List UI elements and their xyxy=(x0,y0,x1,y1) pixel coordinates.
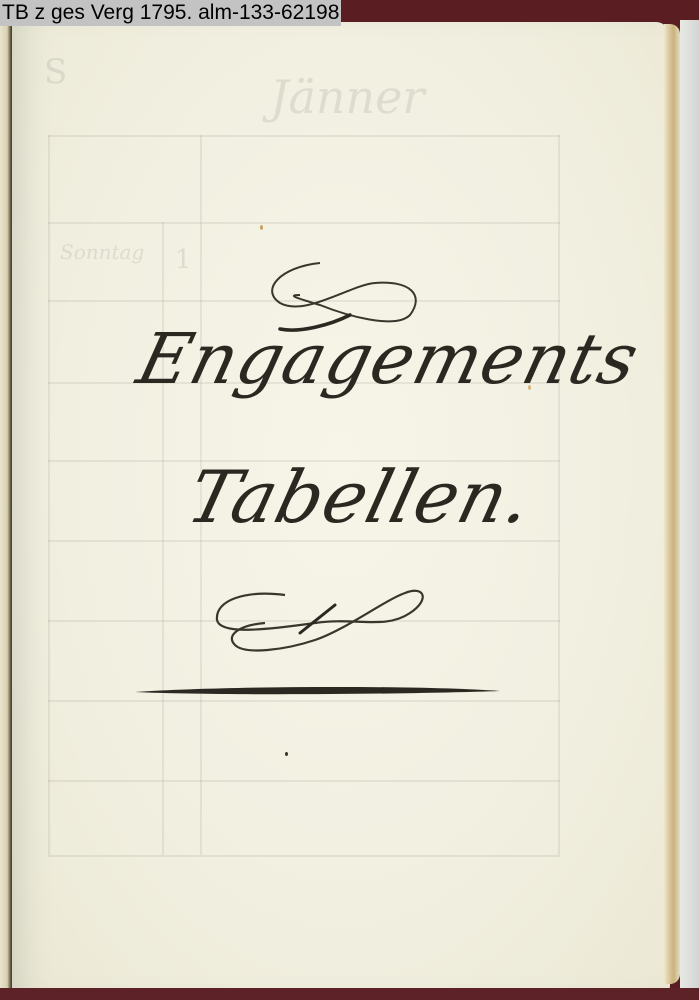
scanned-page-image: S Jänner Sonntag 1 Engagements Tabellen. xyxy=(0,0,699,1000)
ghost-table-line xyxy=(162,222,164,855)
ghost-text: Jänner xyxy=(270,70,424,124)
ghost-table-line xyxy=(48,700,560,702)
bottom-flourish-icon xyxy=(205,585,435,665)
paper-speck xyxy=(528,385,531,390)
cover-edge xyxy=(680,20,699,995)
ghost-table-line xyxy=(48,135,50,855)
ghost-table-line xyxy=(558,135,560,855)
ghost-text: S xyxy=(44,52,67,92)
title-engagements: Engagements xyxy=(130,318,647,400)
paper-speck xyxy=(285,752,288,756)
paper-speck xyxy=(260,225,263,230)
decorative-rule-icon xyxy=(135,683,505,699)
ghost-text: 1 xyxy=(175,245,192,275)
left-page-edge xyxy=(0,18,12,1000)
ghost-table-line xyxy=(48,540,560,542)
bottom-cover xyxy=(0,988,699,1000)
ghost-text: Sonntag xyxy=(60,240,144,264)
ghost-table-line xyxy=(48,222,560,224)
ghost-table-line xyxy=(48,780,560,782)
image-id-label: TB z ges Verg 1795. alm-133-62198 xyxy=(0,0,341,26)
page-block-edge xyxy=(664,24,680,984)
ghost-table-line xyxy=(48,135,560,137)
title-tabellen: Tabellen. xyxy=(180,455,542,539)
ghost-table-line xyxy=(48,855,560,857)
